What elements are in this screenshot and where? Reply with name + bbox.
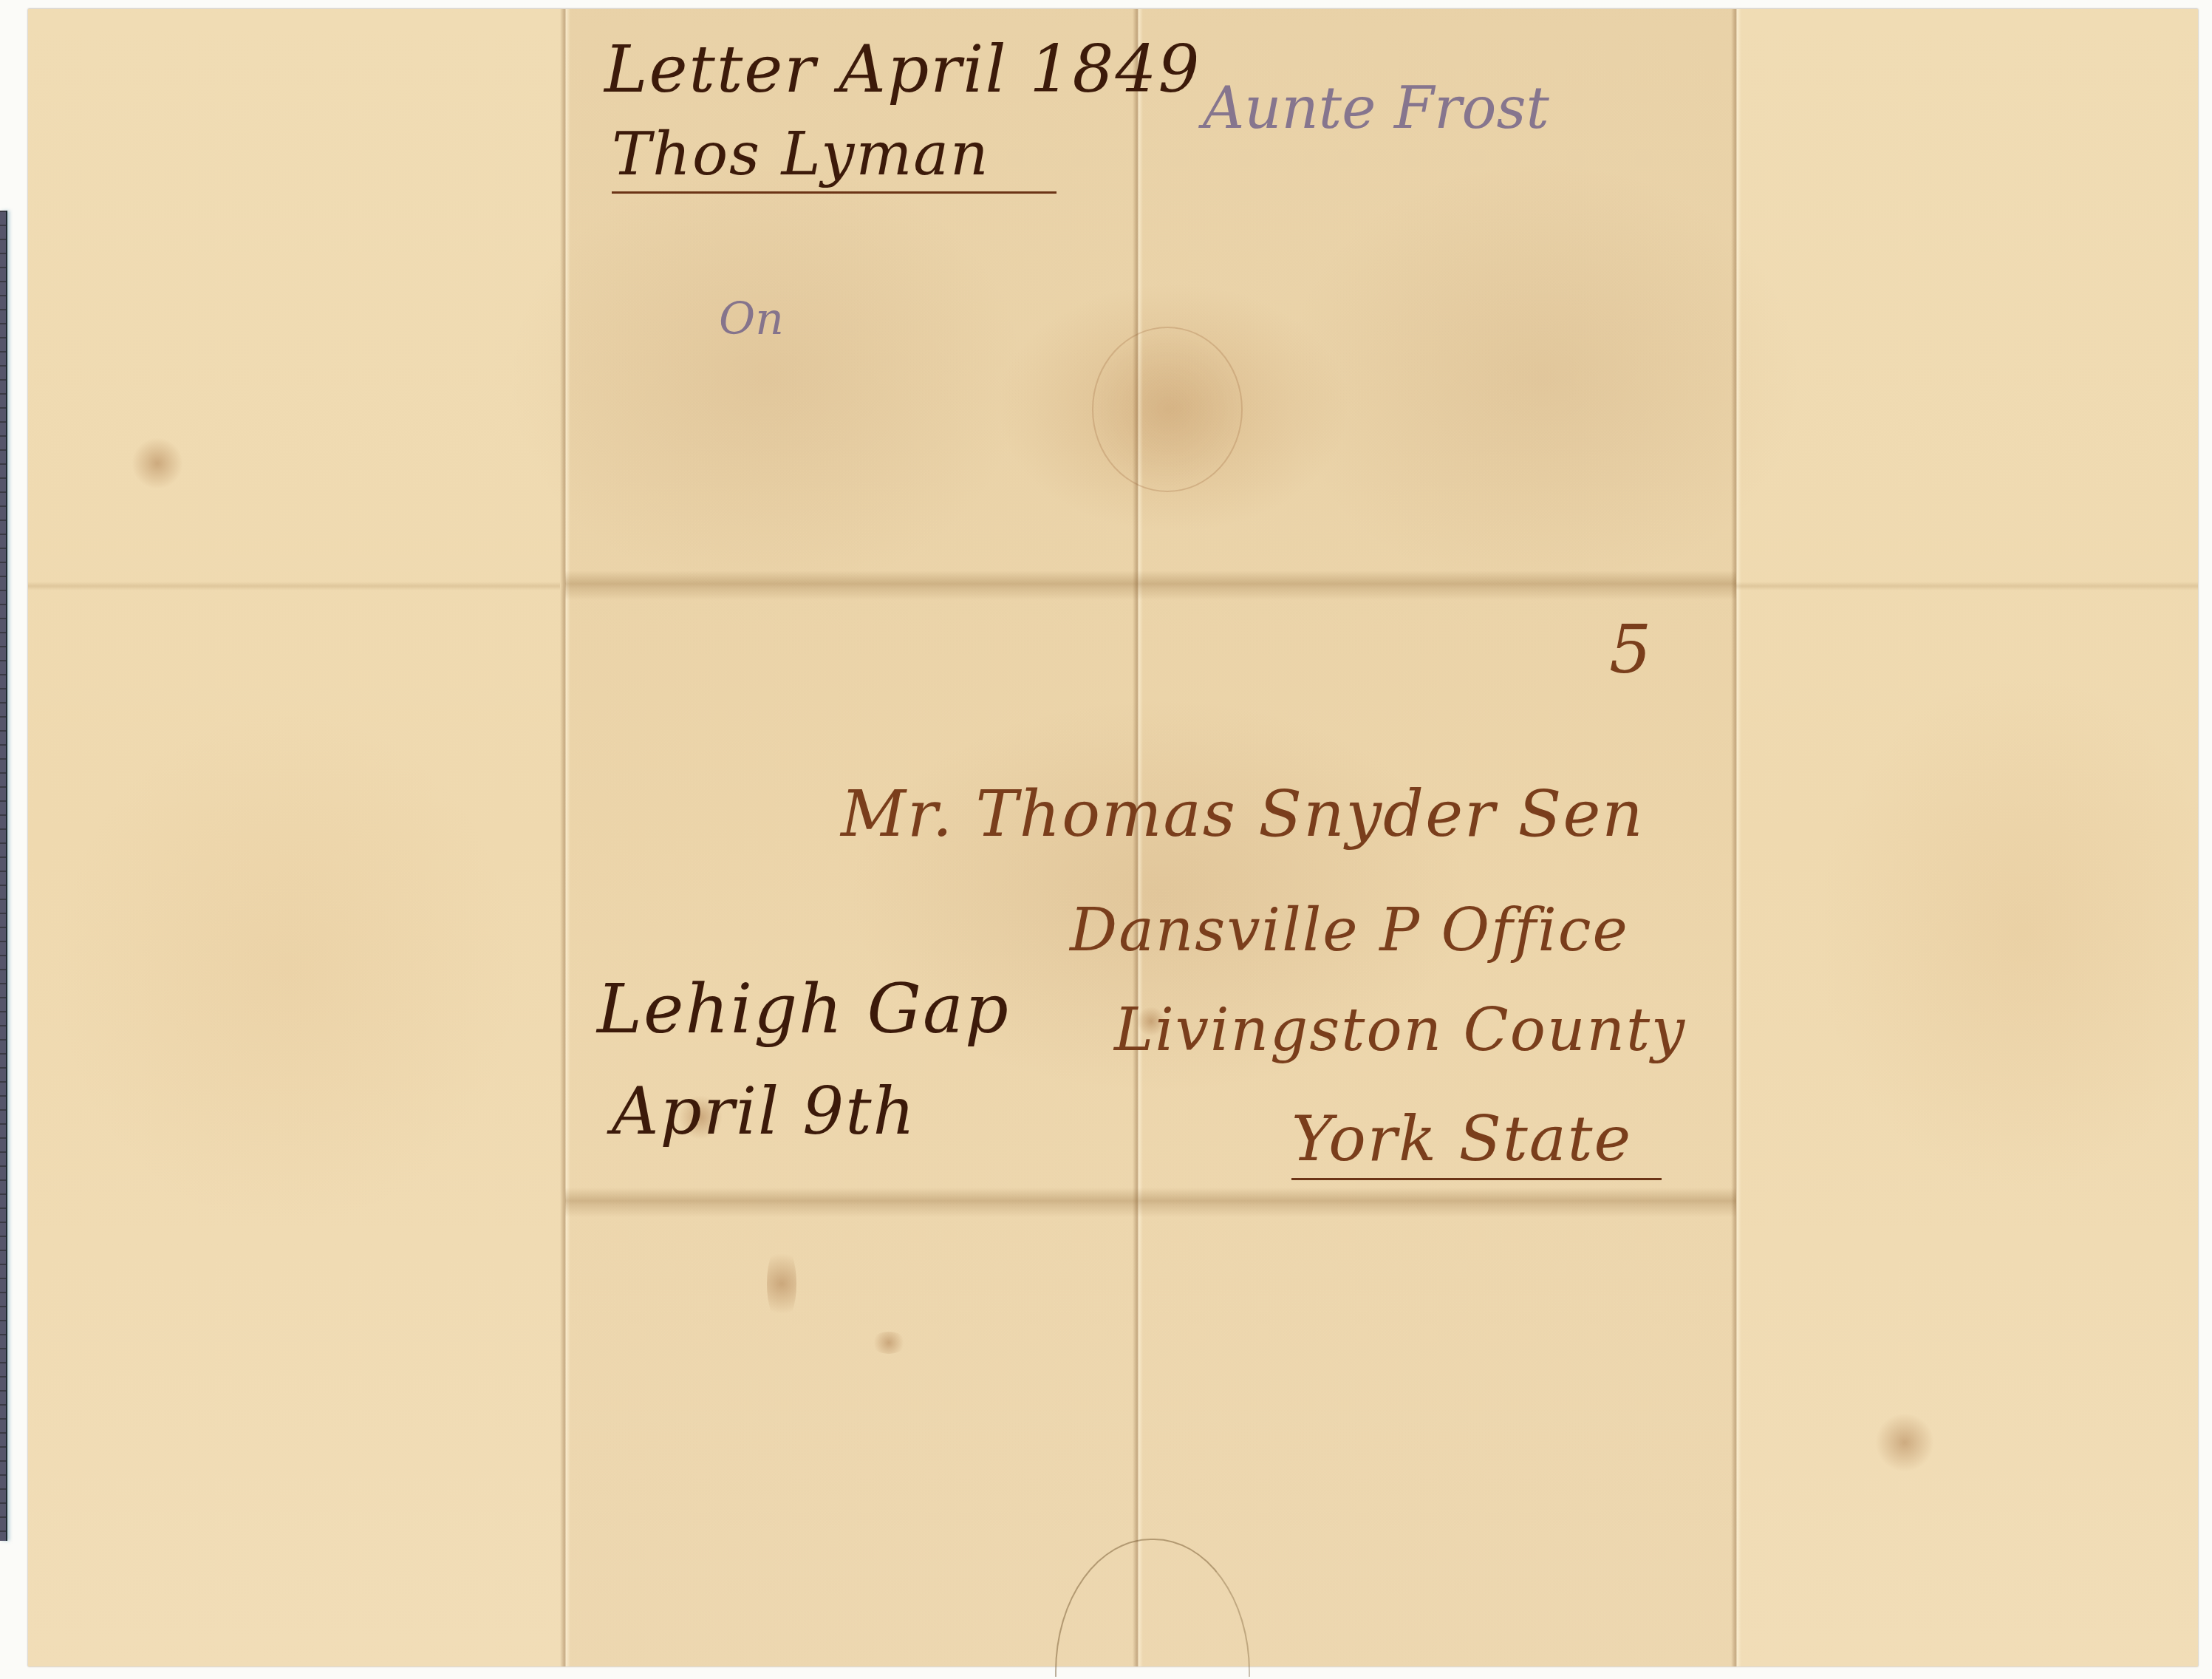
stain-mark — [1875, 1413, 1934, 1472]
address-line-4: York State — [1291, 1103, 1662, 1180]
stain-mark — [132, 437, 183, 489]
postmark-town: Lehigh Gap — [597, 970, 1010, 1049]
fold-crease-left — [28, 582, 560, 590]
address-line-3: Livingston County — [1114, 995, 1686, 1064]
docket-line-1: Letter April 1849 — [604, 31, 1201, 107]
fold-crease-right — [1736, 582, 2198, 590]
docket-line-2: Thos Lyman — [612, 120, 1056, 194]
pencil-note-recipient: Aunte Frost — [1203, 75, 1549, 142]
fold-line-upper — [565, 571, 1736, 600]
stain-mark — [767, 1243, 796, 1324]
scale-ruler — [0, 211, 7, 1541]
address-line-1: Mr. Thomas Snyder Sen — [841, 777, 1645, 851]
fold-line-right — [1731, 9, 1741, 1666]
fold-line-lower — [565, 1188, 1736, 1217]
letter-sheet: Letter April 1849 Thos Lyman Aunte Frost… — [28, 9, 2198, 1666]
stain-mark — [870, 1332, 907, 1354]
wax-seal-stain — [1092, 327, 1243, 492]
postage-rate: 5 — [1609, 611, 1653, 689]
postmark-date: April 9th — [612, 1073, 916, 1149]
pencil-mark: On — [719, 293, 784, 345]
address-line-2: Dansville P Office — [1070, 896, 1629, 964]
fold-line-left — [560, 9, 570, 1666]
